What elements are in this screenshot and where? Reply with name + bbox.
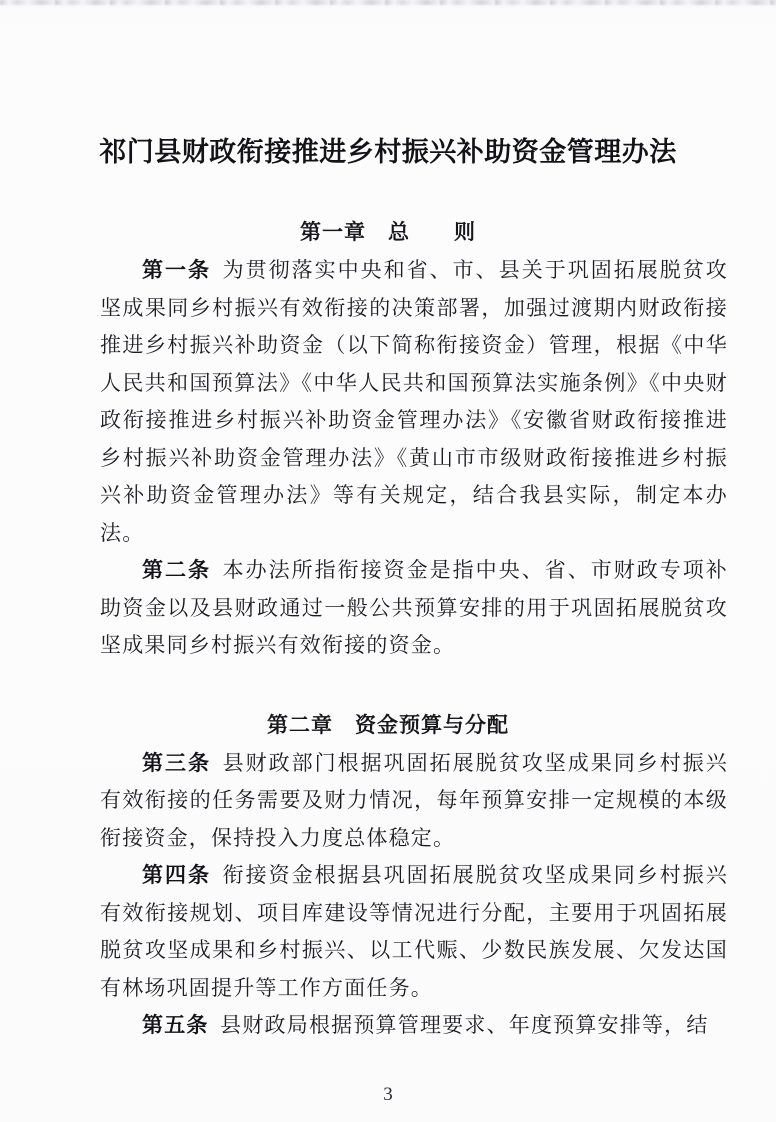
page-number: 3 [0, 1081, 776, 1109]
article-2: 第二条本办法所指衔接资金是指中央、省、市财政专项补助资金以及县财政通过一般公共预… [100, 552, 728, 665]
article-4: 第四条衔接资金根据县巩固拓展脱贫攻坚成果同乡村振兴有效衔接规划、项目库建设等情况… [100, 857, 728, 1007]
chapter-2-heading: 第二章 资金预算与分配 [0, 707, 776, 745]
article-5-text: 县财政局根据预算管理要求、年度预算安排等，结 [220, 1013, 708, 1037]
article-3-label: 第三条 [142, 751, 211, 775]
article-1-text: 为贯彻落实中央和省、市、县关于巩固拓展脱贫攻坚成果同乡村振兴有效衔接的决策部署，… [100, 258, 728, 545]
document-body-2: 第三条县财政部门根据巩固拓展脱贫攻坚成果同乡村振兴有效衔接的任务需要及财力情况，… [100, 745, 728, 1045]
chapter-1-heading: 第一章 总 则 [0, 214, 776, 252]
article-1-label: 第一条 [142, 258, 211, 282]
scan-noise-artifact [0, 0, 776, 5]
document-title: 祁门县财政衔接推进乡村振兴补助资金管理办法 [0, 132, 776, 172]
article-2-label: 第二条 [142, 558, 211, 582]
article-3: 第三条县财政部门根据巩固拓展脱贫攻坚成果同乡村振兴有效衔接的任务需要及财力情况，… [100, 745, 728, 858]
document-page: 祁门县财政衔接推进乡村振兴补助资金管理办法 第一章 总 则 第一条为贯彻落实中央… [0, 0, 776, 1122]
article-5-label: 第五条 [142, 1013, 209, 1037]
article-4-label: 第四条 [142, 863, 211, 887]
article-1: 第一条为贯彻落实中央和省、市、县关于巩固拓展脱贫攻坚成果同乡村振兴有效衔接的决策… [100, 252, 728, 552]
article-5: 第五条县财政局根据预算管理要求、年度预算安排等，结 [100, 1007, 728, 1045]
document-body: 第一条为贯彻落实中央和省、市、县关于巩固拓展脱贫攻坚成果同乡村振兴有效衔接的决策… [100, 252, 728, 665]
